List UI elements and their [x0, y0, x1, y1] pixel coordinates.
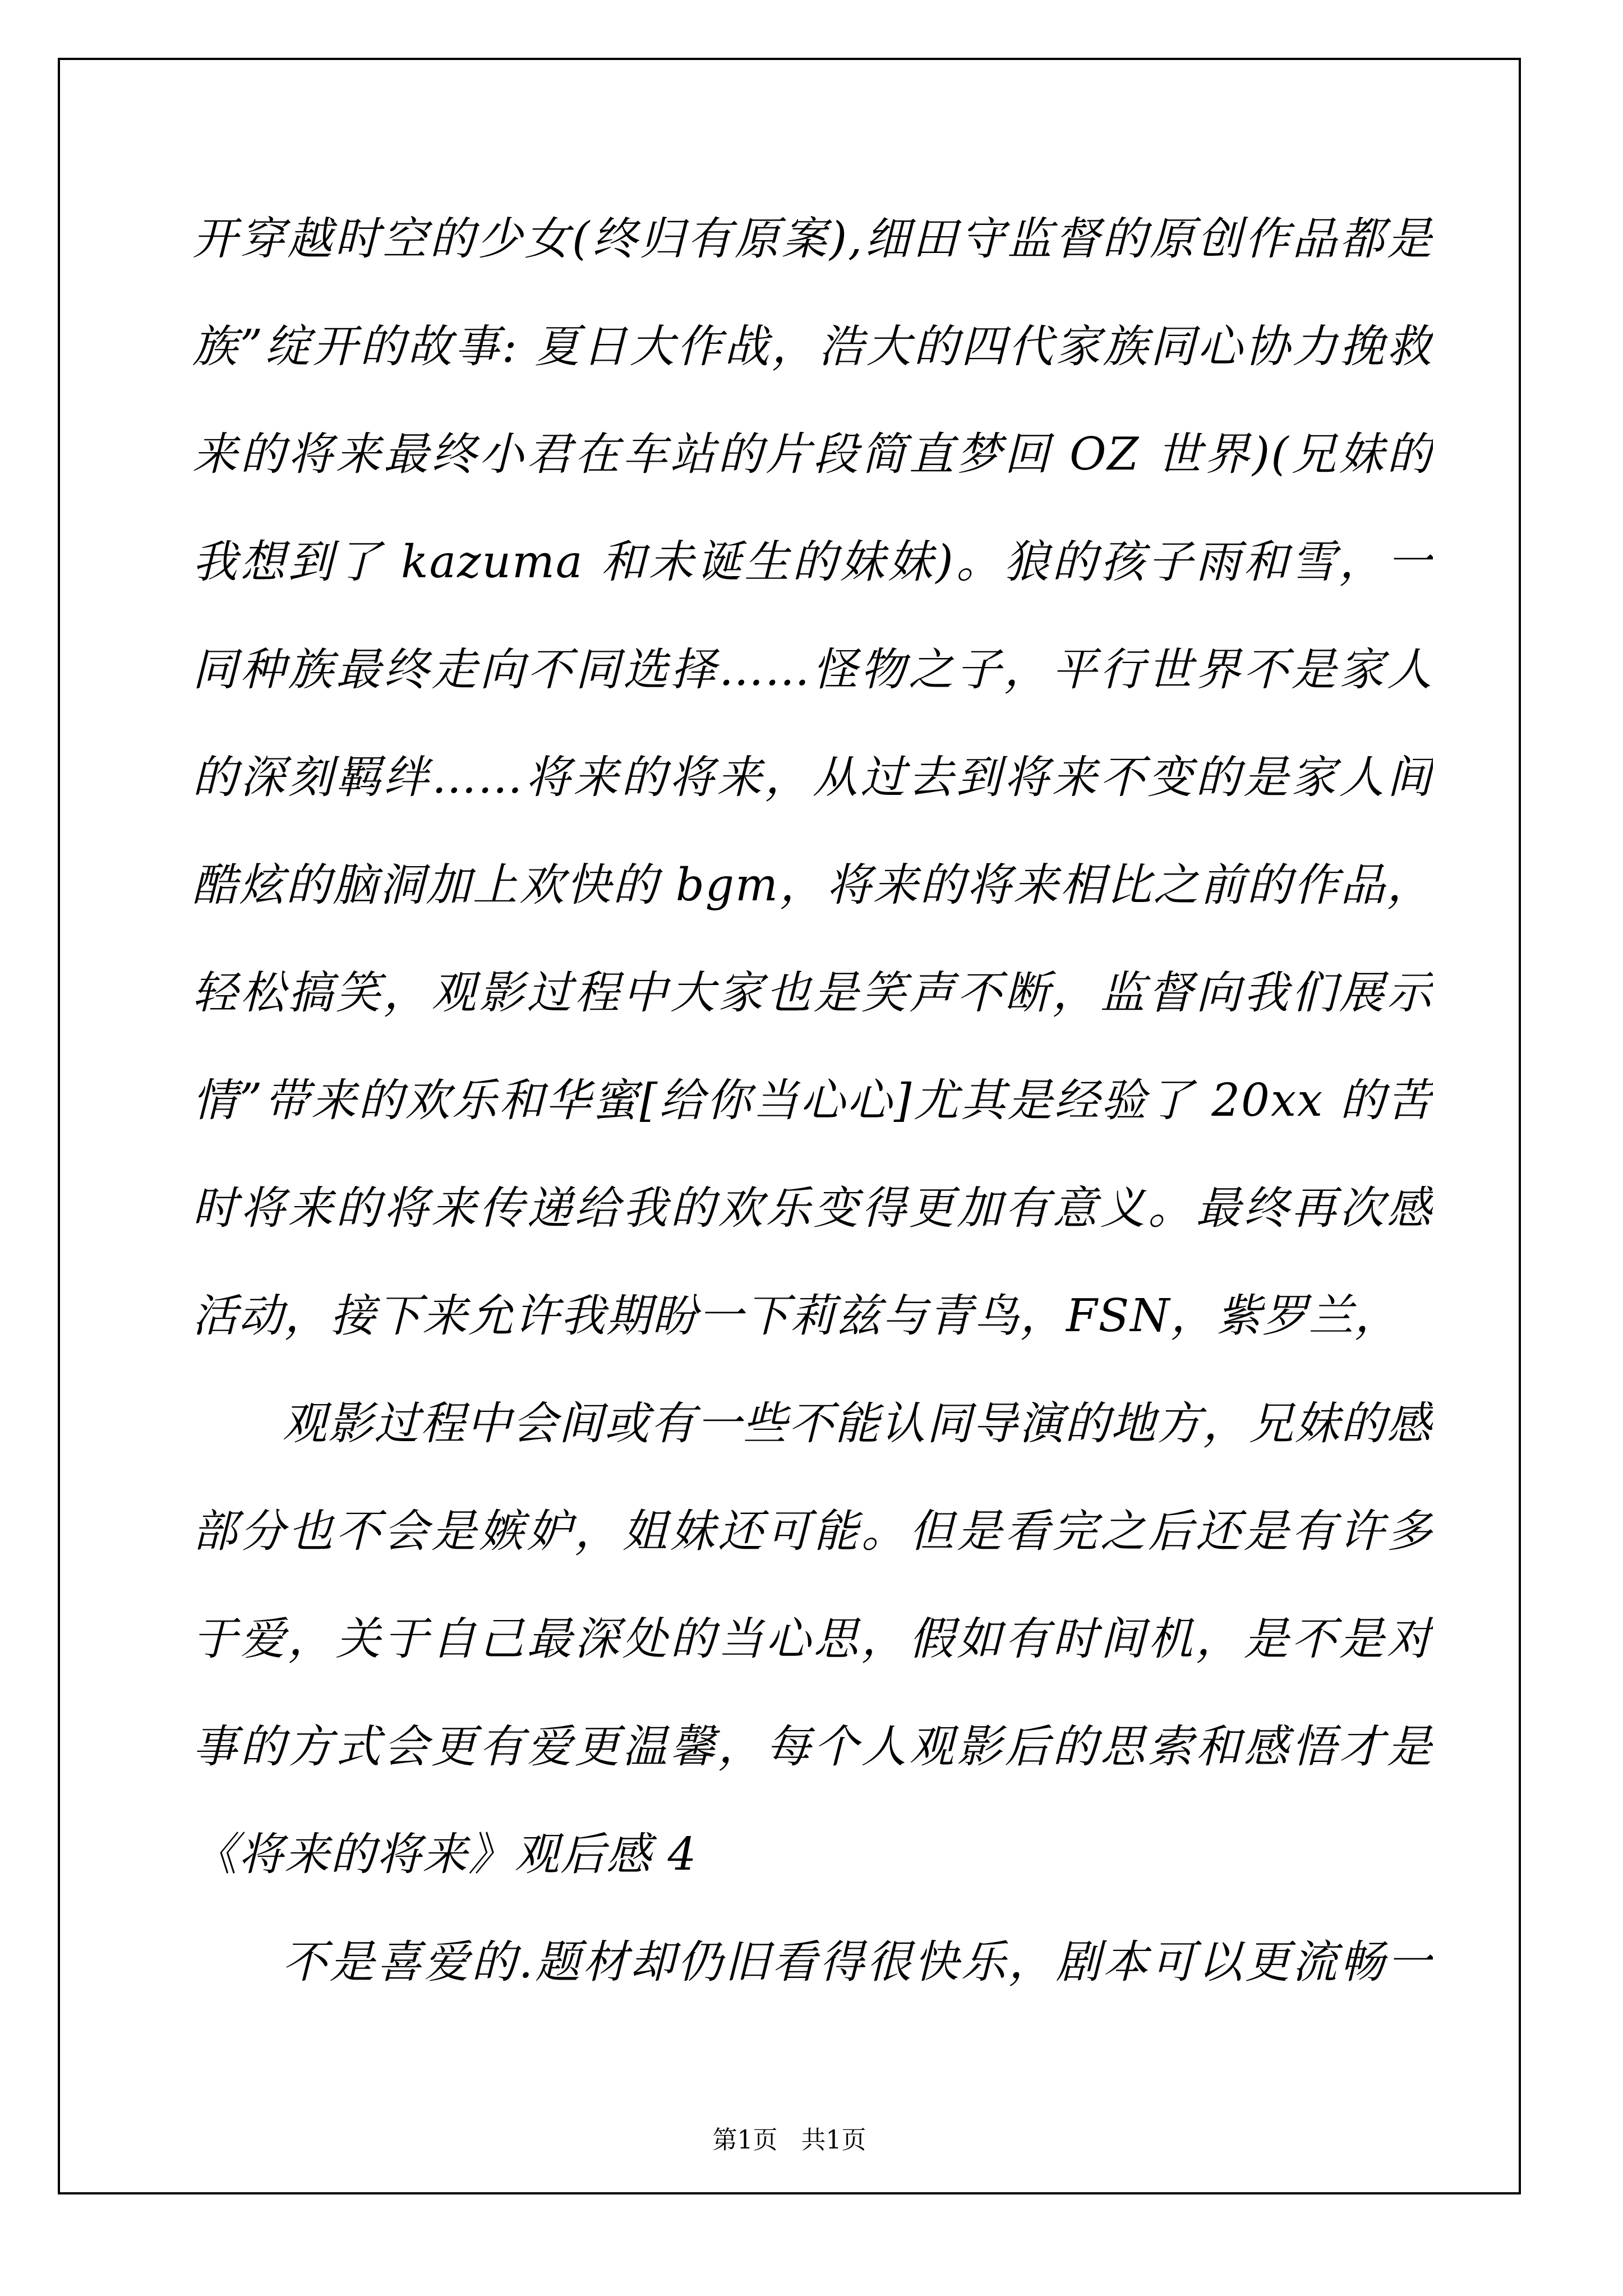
text-line: 事的方式会更有爱更温馨，每个人观影后的思索和感悟才是最珍贵的。: [192, 1693, 1433, 1801]
text-line: 观影过程中会间或有一些不能认同导演的地方，兄妹的感情绝大: [192, 1370, 1433, 1478]
text-line: 的深刻羁绊……将来的将来，从过去到将来不变的是家人间的爱……: [192, 724, 1433, 831]
text-line: 情”带来的欢乐和华蜜[给你当心心]尤其是经验了 20xx 的苦难后，此: [192, 1047, 1433, 1154]
text-line: 酷炫的脑洞加上欢快的 bgm，将来的将来相比之前的作品，更多的是: [192, 831, 1433, 939]
text-line: 同种族最终走向不同选择……怪物之子，平行世界不是家人胜似家人: [192, 616, 1433, 724]
page: { "document": { "lines": [ { "text": "开穿…: [0, 0, 1623, 2296]
text-line: 我想到了 kazuma 和未诞生的妹妹)。狼的孩子雨和雪，一家人却是不: [192, 508, 1433, 616]
text-line: 活动，接下来允许我期盼一下莉兹与青鸟，FSN，紫罗兰，鬼灭。: [192, 1262, 1433, 1370]
text-line: 于爱，关于自己最深处的当心思，假如有时间机，是不是对待同一件: [192, 1585, 1433, 1693]
text-line: 族”绽开的故事: 夏日大作战，浩大的四代家族同心协力挽救世界(将: [192, 293, 1433, 401]
page-footer: 第1页共1页: [58, 2125, 1521, 2156]
footer-page-number: 第1页: [713, 2126, 778, 2155]
text-line: 来的将来最终小君在车站的片段简直梦回 OZ 世界)(兄妹的设定也让: [192, 401, 1433, 508]
text-line: 不是喜爱的.题材却仍旧看得很快乐，剧本可以更流畅一点，不过: [192, 1908, 1433, 2016]
document-body: 开穿越时空的少女(终归有原案),细田守监督的原创作品都是围绕“家族”绽开的故事:…: [192, 185, 1433, 2016]
text-line: 轻松搞笑，观影过程中大家也是笑声不断，监督向我们展示出了“亲: [192, 939, 1433, 1047]
text-line: 时将来的将来传递给我的欢乐变得更加有意义。最终再次感谢组织的: [192, 1154, 1433, 1262]
text-line: 部分也不会是嫉妒，姐妹还可能。但是看完之后还是有许多思索，关: [192, 1478, 1433, 1585]
footer-total-pages: 共1页: [801, 2126, 866, 2155]
text-line: 《将来的将来》观后感 4: [192, 1801, 1433, 1908]
text-line: 开穿越时空的少女(终归有原案),细田守监督的原创作品都是围绕“家: [192, 185, 1433, 293]
